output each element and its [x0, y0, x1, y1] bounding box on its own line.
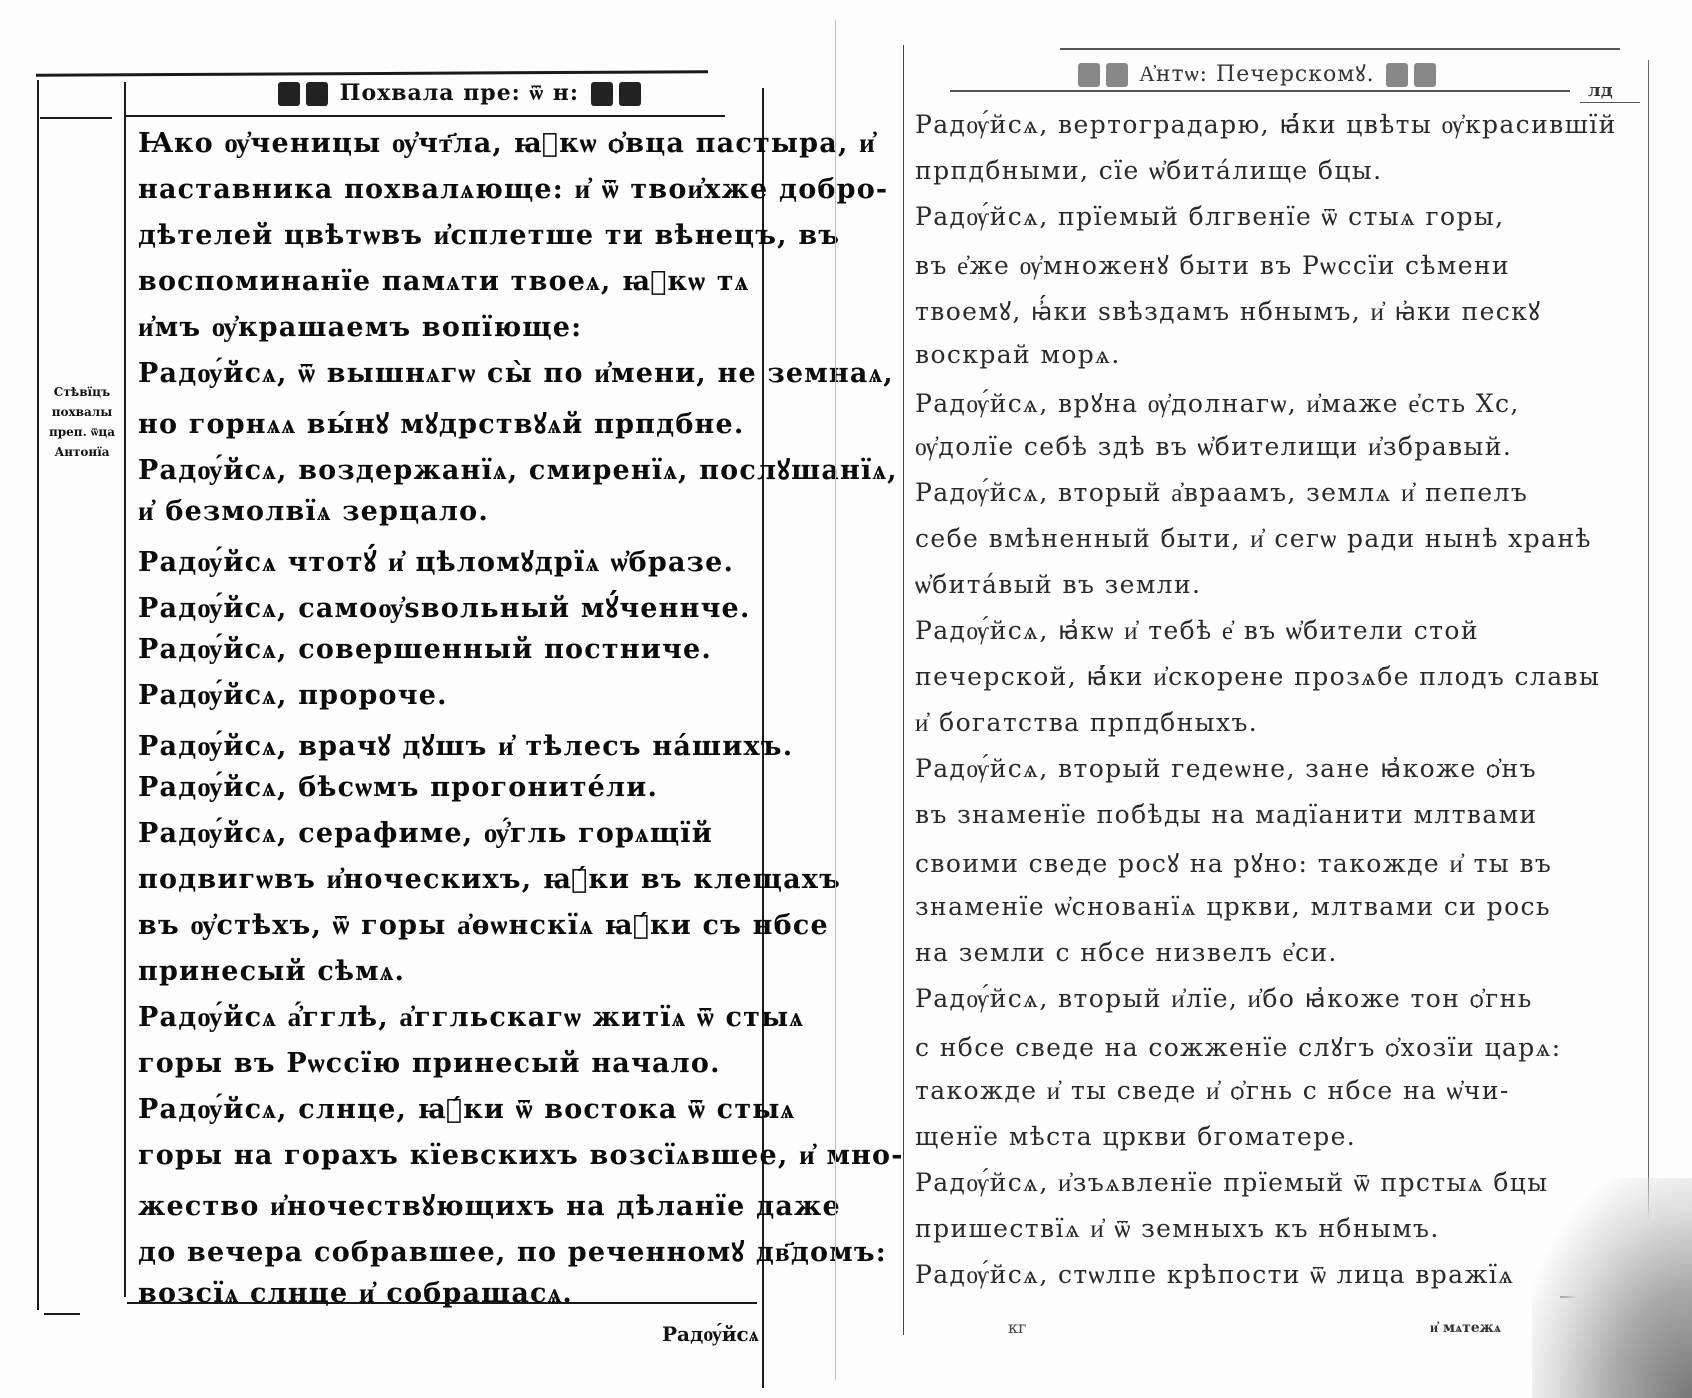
text-line: воскрай морѧ.	[915, 340, 1121, 370]
text-line: Радѹ́йсѧ, вторый и҆лїе, и҆бо ꙗ҆коже тон …	[915, 984, 1533, 1014]
signature-mark: кг	[1008, 1318, 1026, 1337]
page-edge-shadow	[1532, 1178, 1692, 1398]
text-line: и҆ богатства прпдбныхъ.	[915, 708, 1258, 738]
text-line: твоемꙋ, ꙗ҆́ки ѕвѣздамъ нбнымъ, и҆ ꙗ҆ки п…	[915, 294, 1541, 328]
text-line: Радѹ́йсѧ, вторый а҆враамъ, землѧ и҆ пепе…	[915, 478, 1528, 508]
text-line: на земли с нбсе низвелъ е҆си.	[915, 938, 1338, 968]
right-running-header: А҆нтѡ: Печерскомꙋ.	[1075, 58, 1439, 88]
text-line: с нбсе сведе на сожженїе слꙋгъ ѻ҆хозїи ц…	[915, 1030, 1562, 1064]
text-line: ѹ҆долїе себѣ здѣ въ ѡ҆бителищи и҆збравый…	[915, 432, 1512, 462]
folio-number: лд	[1588, 80, 1613, 101]
ornament-icon	[1078, 63, 1100, 87]
text-line: Радѹ́йсѧ, ꙗ҆кѡ и҆ тебѣ е҆ въ ѡ҆бители ст…	[915, 616, 1479, 646]
text-line: Радѹ́йсѧ, и҆зъѧвленїе прїемый ѿ прстыѧ б…	[915, 1168, 1549, 1198]
right-header-text: А҆нтѡ: Печерскомꙋ.	[1139, 62, 1375, 87]
right-catchword: и҆ мѧтежѧ	[1430, 1320, 1501, 1337]
text-line: пришествїѧ и҆ ѿ земныхъ къ нбнымъ.	[915, 1214, 1440, 1244]
text-line: знаменїе ѡ҆снованїѧ цркви, млтвами си ро…	[915, 892, 1551, 922]
ornament-icon	[1386, 63, 1408, 87]
right-left-border	[903, 45, 904, 1335]
text-line: ѡ҆бита́вый въ земли.	[915, 570, 1201, 600]
right-header-bottom-rule	[950, 90, 1570, 92]
text-line: Радѹ́йсѧ, стѡлпе крѣпости ѿ лица вражїѧ	[915, 1260, 1514, 1290]
right-page: А҆нтѡ: Печерскомꙋ. лд Радѹ́йсѧ, вертогра…	[0, 0, 1692, 1398]
text-line: печерской, ꙗ҆́ки и҆скорене прозѧбе плодъ…	[915, 662, 1600, 692]
right-top-rule	[1060, 48, 1620, 50]
text-line: Радѹ́йсѧ, врꙋна ѹ҆долнагѡ, и҆маже е҆сть …	[915, 386, 1520, 420]
ornament-icon	[1106, 63, 1128, 87]
text-line: Радѹ́йсѧ, вторый гедеѡне, зане ꙗ҆коже ѻ҆…	[915, 754, 1537, 784]
text-line: Радѹ́йсѧ, прїемый блгвенїе ѿ стыѧ горы,	[915, 202, 1505, 232]
text-line: въ е҆же ѹ҆множенꙋ быти въ Рѡссїи сѣмени	[915, 248, 1510, 282]
text-line: въ знаменїе побѣды на мадїанити млтвами	[915, 800, 1538, 829]
text-line: себе вмѣненный быти, и҆ сегѡ ради нынѣ х…	[915, 524, 1592, 554]
right-folio-rule	[1580, 102, 1640, 103]
text-line: щенїе мѣста цркви бгоматере.	[915, 1122, 1356, 1151]
text-line: прпдбными, сїе ѡ҆бита́лище бцы.	[915, 156, 1382, 186]
text-line: Радѹ́йсѧ, вертоградарю, ꙗ҆́ки цвѣты ѹ҆кр…	[915, 110, 1617, 140]
text-line: своими сведе росꙋ на рꙋно: такожде и҆ ты…	[915, 846, 1552, 880]
right-text-border	[1648, 60, 1649, 1320]
ornament-icon	[1414, 63, 1436, 87]
text-line: такожде и҆ ты сведе и҆ ѻ҆гнь с нбсе на ѡ…	[915, 1076, 1510, 1106]
